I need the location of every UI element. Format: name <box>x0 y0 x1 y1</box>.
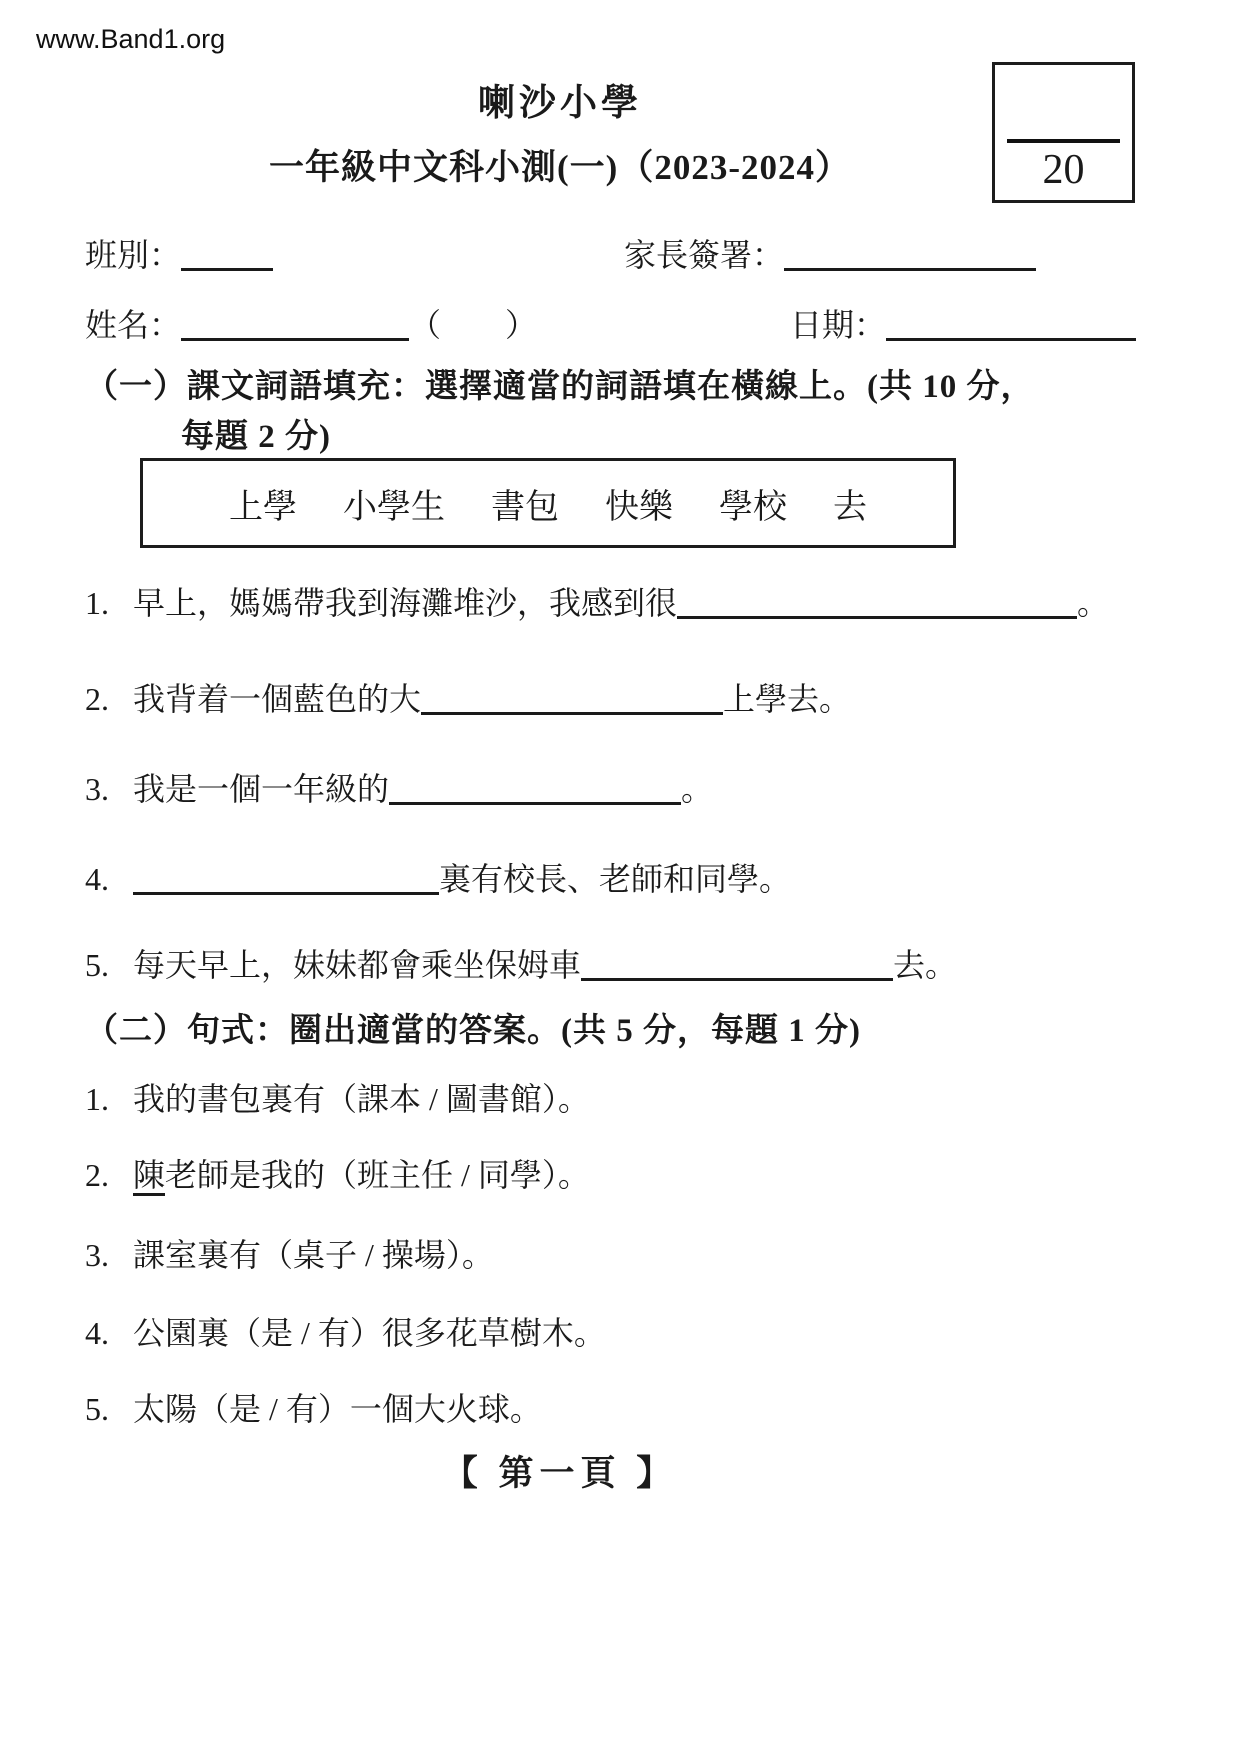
question-number: 2. <box>85 681 133 718</box>
answer-blank <box>421 685 723 715</box>
name-label: 姓名： <box>85 307 181 343</box>
question-number: 5. <box>85 1391 133 1428</box>
question-text: 每天早上，妹妹都會乘坐保姆車 <box>133 947 581 983</box>
question-text: 上學去。 <box>723 681 851 717</box>
question-text: 公園裏（是 / 有）很多花草樹木。 <box>133 1315 606 1351</box>
question-number: 1. <box>85 585 133 622</box>
class-label: 班別： <box>85 237 181 273</box>
name-field: 姓名：（ ） <box>85 300 537 346</box>
answer-blank <box>581 951 893 981</box>
date-field: 日期： <box>790 300 1136 346</box>
parent-sign-label: 家長簽署： <box>624 237 784 273</box>
paper-title: 一年級中文科小測(一)（2023-2024） <box>60 140 1060 190</box>
s2-question-1: 1.我的書包裏有（課本 / 圖書館）。 <box>85 1074 590 1120</box>
parent-sign-field: 家長簽署： <box>624 230 1036 276</box>
question-number: 3. <box>85 1237 133 1274</box>
school-name: 喇沙小學 <box>60 72 1060 126</box>
page-footer: 【 第一頁 】 <box>60 1446 1060 1496</box>
question-text: 我是一個一年級的 <box>133 771 389 807</box>
question-text: 課室裏有（桌子 / 操場）。 <box>133 1237 494 1273</box>
s1-question-2: 2.我背着一個藍色的大上學去。 <box>85 674 851 720</box>
question-text: 我的書包裏有（課本 / 圖書館）。 <box>133 1081 590 1117</box>
answer-blank <box>133 865 439 895</box>
question-number: 2. <box>85 1157 133 1194</box>
s1-question-5: 5.每天早上，妹妹都會乘坐保姆車去。 <box>85 940 957 986</box>
s1-question-4: 4.裏有校長、老師和同學。 <box>85 854 791 900</box>
word-bank-item: 小學生 <box>343 479 445 528</box>
s1-question-3: 3.我是一個一年級的。 <box>85 764 713 810</box>
section1-heading-line2: 每題 2 分) <box>181 410 331 457</box>
question-text: 早上，媽媽帶我到海灘堆沙，我感到很 <box>133 585 677 621</box>
s2-question-3: 3.課室裏有（桌子 / 操場）。 <box>85 1230 494 1276</box>
question-number: 3. <box>85 771 133 808</box>
question-text: 我背着一個藍色的大 <box>133 681 421 717</box>
section2-heading: （二）句式：圈出適當的答案。(共 5 分，每題 1 分) <box>85 1004 861 1051</box>
s2-question-2: 2.陳老師是我的（班主任 / 同學）。 <box>85 1150 590 1196</box>
question-text: 太陽（是 / 有）一個大火球。 <box>133 1391 542 1427</box>
watermark-url: www.Band1.org <box>36 24 225 55</box>
answer-blank <box>389 775 681 805</box>
score-total: 20 <box>995 146 1132 194</box>
question-text: 。 <box>681 771 713 807</box>
question-text: 老師是我的（班主任 / 同學）。 <box>165 1157 590 1193</box>
question-text: 。 <box>1077 585 1109 621</box>
test-paper-page: www.Band1.org 喇沙小學 一年級中文科小測(一)（2023-2024… <box>0 0 1240 1754</box>
question-text: 去。 <box>893 947 957 983</box>
s2-question-4: 4.公園裏（是 / 有）很多花草樹木。 <box>85 1308 606 1354</box>
question-number: 4. <box>85 1315 133 1352</box>
s1-question-1: 1.早上，媽媽帶我到海灘堆沙，我感到很。 <box>85 578 1109 624</box>
class-blank <box>181 241 273 271</box>
name-paren: （ ） <box>409 307 537 343</box>
s2-question-5: 5.太陽（是 / 有）一個大火球。 <box>85 1384 542 1430</box>
question-number: 4. <box>85 861 133 898</box>
score-box: 20 <box>992 62 1135 203</box>
section1-heading-line1: （一）課文詞語填充：選擇適當的詞語填在橫線上。(共 10 分， <box>85 360 1035 407</box>
word-bank-item: 去 <box>833 479 867 528</box>
class-field: 班別： <box>85 230 273 276</box>
word-bank-item: 書包 <box>491 479 559 528</box>
name-blank <box>181 311 409 341</box>
title-block: 喇沙小學 一年級中文科小測(一)（2023-2024） <box>60 72 1060 190</box>
date-blank <box>886 311 1136 341</box>
word-bank-item: 快樂 <box>605 479 673 528</box>
word-bank-item: 學校 <box>719 479 787 528</box>
score-divider-line <box>1007 139 1120 143</box>
date-label: 日期： <box>790 307 886 343</box>
underlined-surname: 陳 <box>133 1157 165 1196</box>
word-bank-box: 上學 小學生 書包 快樂 學校 去 <box>140 458 956 548</box>
word-bank-item: 上學 <box>229 479 297 528</box>
question-text: 裏有校長、老師和同學。 <box>439 861 791 897</box>
parent-sign-blank <box>784 241 1036 271</box>
answer-blank <box>677 589 1077 619</box>
question-number: 1. <box>85 1081 133 1118</box>
question-number: 5. <box>85 947 133 984</box>
